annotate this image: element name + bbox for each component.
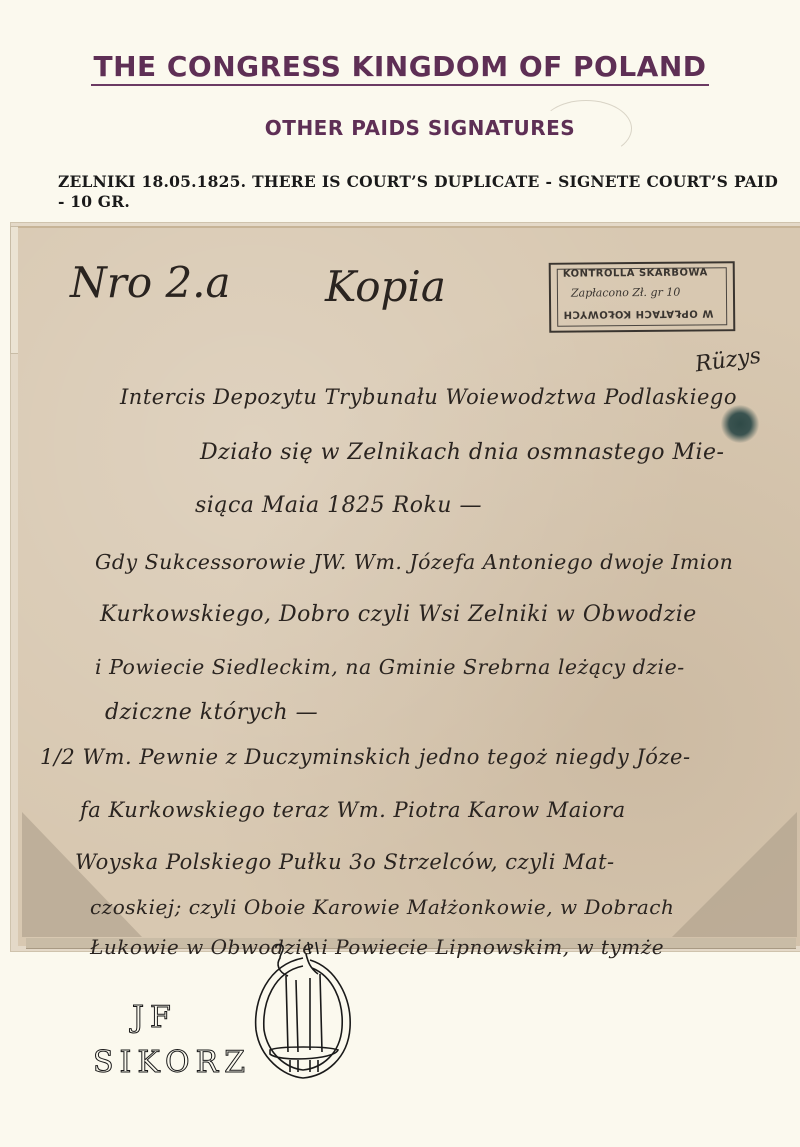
stamp-line-2: Zapłacono Zł. gr 10 xyxy=(571,286,680,300)
letter-line: i Powiecie Siedleckim, na Gminie Srebrna… xyxy=(95,655,685,679)
letter-line: Woyska Polskiego Pułku 3o Strzelców, czy… xyxy=(75,850,615,874)
letter-line: Intercis Depozytu Trybunału Woiewodztwa … xyxy=(120,385,737,409)
page-subtitle: OTHER PAIDS SIGNATURES xyxy=(0,116,800,140)
letter-number: Nro 2.a xyxy=(70,258,231,307)
letter-line: Działo się w Zelnikach dnia osmnastego M… xyxy=(200,440,724,465)
letter-line: dziczne których — xyxy=(105,700,318,725)
standing-figure-seal-icon xyxy=(248,940,358,1080)
letter-line: siąca Maia 1825 Roku — xyxy=(195,493,482,518)
stamp-line-3: W OPŁATACH KOŁOWYCH xyxy=(563,307,713,319)
letter-line: fa Kurkowskiego teraz Wm. Piotra Karow M… xyxy=(80,798,626,822)
ink-blot xyxy=(720,405,760,443)
caption: ZELNIKI 18.05.1825. THERE IS COURT’S DUP… xyxy=(58,172,778,212)
letter-line: Łukowie w Obwodzie i Powiecie Lipnowskim… xyxy=(90,935,664,959)
postal-stamp: KONTROLLA SKARBOWA Zapłacono Zł. gr 10 W… xyxy=(549,261,736,333)
mount-corner-bottom-right xyxy=(672,812,797,937)
page-title: THE CONGRESS KINGDOM OF POLAND xyxy=(0,50,800,83)
page-title-text: THE CONGRESS KINGDOM OF POLAND xyxy=(91,50,708,86)
letter-kopia: Kopia xyxy=(325,262,446,311)
letter-line: Kurkowskiego, Dobro czyli Wsi Zelniki w … xyxy=(100,602,697,627)
signet-initials: JF xyxy=(132,1000,177,1035)
letter-line: czoskiej; czyli Oboie Karowie Małżonkowi… xyxy=(90,895,674,919)
pencil-circle-mark xyxy=(540,100,632,157)
stamp-line-1: KONTROLLA SKARBOWA xyxy=(563,267,708,279)
letter-line: 1/2 Wm. Pewnie z Duczyminskich jedno teg… xyxy=(40,745,691,769)
letter-line: Gdy Sukcessorowie JW. Wm. Józefa Antonie… xyxy=(95,550,733,574)
signet-name: SIKORZ xyxy=(93,1045,251,1080)
